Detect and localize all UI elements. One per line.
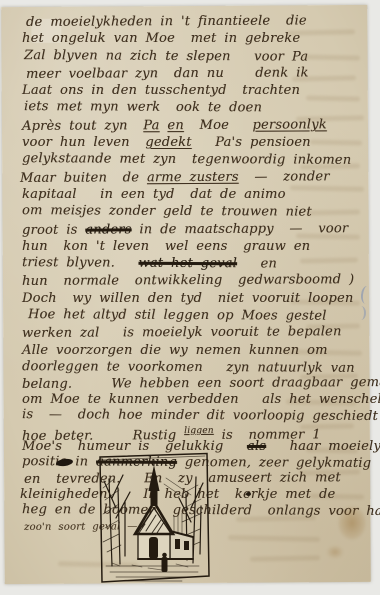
- letter-line: meer voelbaar zyn dan nu denk ik: [26, 64, 372, 83]
- ink-speck: [246, 492, 251, 496]
- letter-line: belang. We hebben een soort draagbaar ge…: [22, 375, 372, 393]
- letter-line: Doch wy willen den tyd niet vooruit loop…: [22, 290, 372, 307]
- letter-line: de moeielykheden in 't finantieele die: [26, 12, 372, 31]
- letter-line: Maar buiten de arme zusters — zonder: [20, 168, 372, 187]
- letter-line: gelykstaande met zyn tegenwoordig inkome…: [22, 150, 372, 169]
- blue-margin-mark-2: [356, 306, 366, 320]
- letter-line: Zal blyven na zich te slepen voor Pa: [24, 47, 372, 66]
- letter-line: kapitaal in een tyd dat de animo: [22, 186, 372, 203]
- letter-line: voor hun leven gedekt Pa's pensioen: [22, 134, 372, 151]
- scanned-letter-page: de moeielykheden in 't finantieele diehe…: [0, 0, 380, 595]
- letter-line: werken zal is moeielyk vooruit te bepale…: [22, 323, 372, 342]
- letter-line: om meisjes zonder geld te trouwen niet: [22, 202, 372, 221]
- letter-line: is — doch hoe minder dit voorloopig gesc…: [22, 407, 372, 425]
- paper-stain-small: [326, 545, 344, 559]
- letter-line: Alle voorzorgen die wy nemen kunnen om: [22, 342, 372, 359]
- letter-line: hoe beter. Rustig liggen is nommer 1: [22, 423, 372, 441]
- letter-line: om Moe te kunnen verbedden als het wensc…: [22, 392, 372, 408]
- letter-line: hun kon 't leven wel eens grauw en: [22, 238, 372, 255]
- letter-line: hun normale ontwikkeling gedwarsboomd ): [22, 272, 372, 291]
- paper-stain: [338, 506, 366, 540]
- letter-line: het ongeluk van Moe met in gebreke: [22, 30, 372, 47]
- letter-line: iets met myn werk ook te doen: [24, 99, 372, 118]
- church-sketch: [92, 446, 216, 586]
- letter-line: Après tout zyn Pa en Moe persoonlyk: [22, 116, 372, 135]
- letter-line: groot is anders in de maatschappy — voor: [22, 220, 372, 239]
- letter-line: Laat ons in den tusschentyd trachten: [22, 82, 372, 99]
- letter-line: doorleggen te voorkomen zyn natuurlyk va…: [22, 358, 372, 377]
- blue-margin-mark: [360, 285, 373, 304]
